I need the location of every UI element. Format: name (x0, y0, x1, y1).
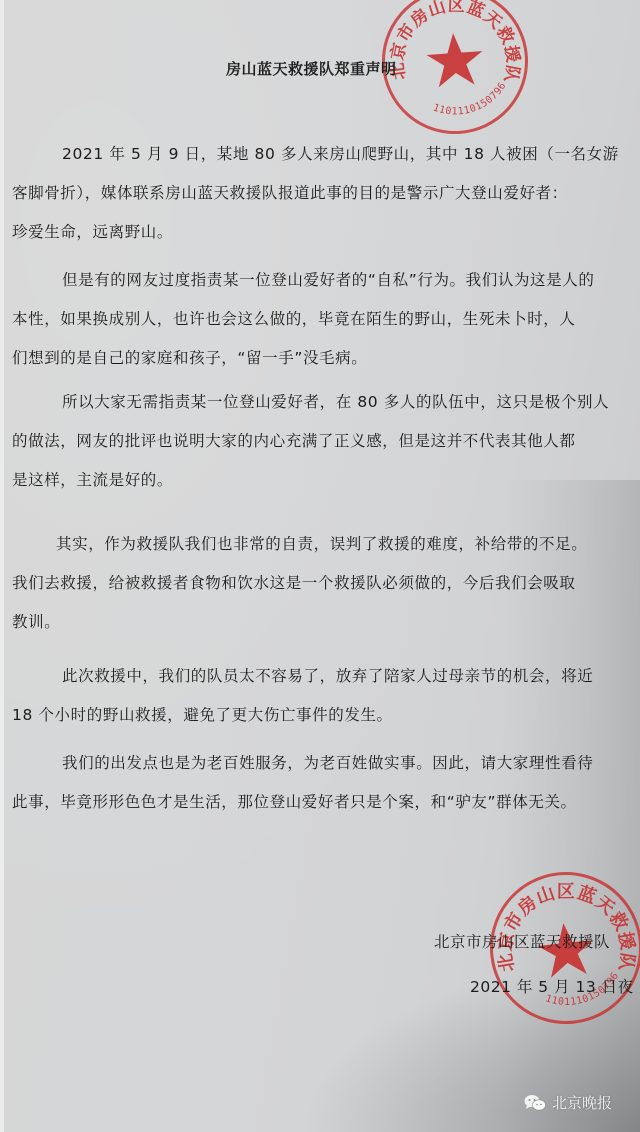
paragraph-line: 珍爱生命，远离野山。 (12, 213, 620, 252)
svg-text:1101110150796: 1101110150796 (429, 80, 510, 120)
signature-date: 2021 年 5 月 13 日夜 (470, 975, 634, 997)
paragraph-line: 此次救援中，我们的队员太不容易了，放弃了陪家人过母亲节的机会，将近 (12, 657, 620, 696)
wechat-icon (524, 1094, 546, 1112)
paragraph-3: 所以大家无需指责某一位登山爱好者，在 80 多人的队伍中，这只是极个别人 的做法… (12, 383, 620, 500)
paragraph-4: 其实，作为救援队我们也非常的自责，误判了救援的难度，补给带的不足。 我们去救援，… (12, 525, 620, 642)
paragraph-line: 此事，毕竟形形色色才是生活，那位登山爱好者只是个案，和“驴友”群体无关。 (12, 783, 620, 822)
official-seal-top: 北京市房山区蓝天救援队 1101110150796 (377, 0, 533, 139)
paragraph-line: 18 个小时的野山救援，避免了更大伤亡事件的发生。 (12, 696, 620, 735)
paragraph-line: 教训。 (12, 603, 620, 642)
paragraph-line: 我们去救援，给被救援者食物和饮水这是一个救援队必须做的，今后我们会吸取 (12, 564, 620, 603)
watermark: 北京晚报 (524, 1092, 612, 1113)
paragraph-line: 们想到的是自己的家庭和孩子，“留一手”没毛病。 (12, 339, 620, 378)
paper-edge (0, 0, 4, 1132)
paragraph-line: 其实，作为救援队我们也非常的自责，误判了救援的难度，补给带的不足。 (12, 525, 620, 564)
paragraph-line: 所以大家无需指责某一位登山爱好者，在 80 多人的队伍中，这只是极个别人 (12, 383, 620, 422)
paragraph-6: 我们的出发点也是为老百姓服务，为老百姓做实事。因此，请大家理性看待 此事，毕竟形… (12, 744, 620, 822)
seal-star-icon: 北京市房山区蓝天救援队 1101110150796 (380, 0, 529, 136)
paragraph-2: 但是有的网友过度指责某一位登山爱好者的“自私”行为。我们认为这是人的 本性，如果… (12, 261, 620, 378)
watermark-label: 北京晚报 (552, 1092, 612, 1113)
paragraph-line: 本性，如果换成别人，也许也会这么做的，毕竟在陌生的野山，生死未卜时，人 (12, 300, 620, 339)
paragraph-line: 是这样，主流是好的。 (12, 461, 620, 500)
paragraph-line: 2021 年 5 月 9 日，某地 80 多人来房山爬野山，其中 18 人被困（… (12, 135, 620, 174)
signature-organization: 北京市房山区蓝天救援队 (434, 930, 610, 952)
paragraph-1: 2021 年 5 月 9 日，某地 80 多人来房山爬野山，其中 18 人被困（… (12, 135, 620, 252)
paragraph-line: 客脚骨折），媒体联系房山蓝天救援队报道此事的目的是警示广大登山爱好者： (12, 174, 620, 213)
document-title: 房山蓝天救援队郑重声明 (226, 58, 397, 79)
document-photo: 北京市房山区蓝天救援队 1101110150796 房山蓝天救援队郑重声明 20… (0, 0, 640, 1132)
paragraph-line: 的做法，网友的批评也说明大家的内心充满了正义感，但是这并不代表其他人都 (12, 422, 620, 461)
paragraph-5: 此次救援中，我们的队员太不容易了，放弃了陪家人过母亲节的机会，将近 18 个小时… (12, 657, 620, 735)
paragraph-line: 但是有的网友过度指责某一位登山爱好者的“自私”行为。我们认为这是人的 (12, 261, 620, 300)
paragraph-line: 我们的出发点也是为老百姓服务，为老百姓做实事。因此，请大家理性看待 (12, 744, 620, 783)
